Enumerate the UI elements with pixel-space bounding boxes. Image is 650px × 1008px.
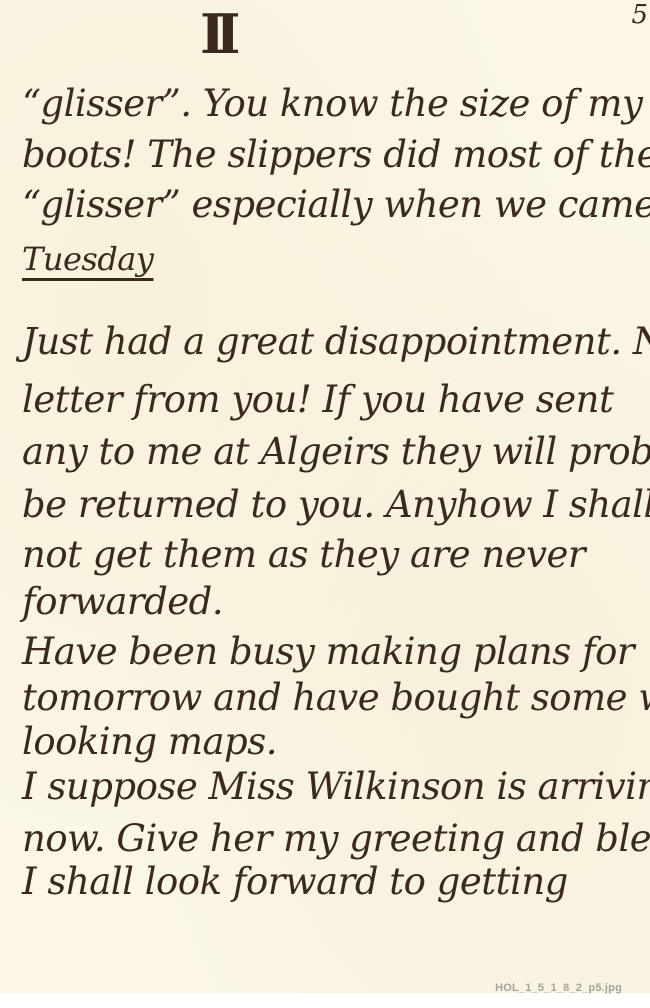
text-line: “glisser”. You know the size of my bbox=[22, 82, 642, 125]
section-mark: II bbox=[200, 4, 231, 64]
text-line: tomorrow and have bought some weird bbox=[22, 676, 650, 719]
text-line: any to me at Algeirs they will probably bbox=[22, 430, 650, 473]
text-line: “glisser” especially when we came to ste… bbox=[22, 183, 650, 226]
text-line: not get them as they are never bbox=[22, 533, 585, 576]
text-line: looking maps. bbox=[22, 720, 277, 763]
text-line: boots! The slippers did most of the bbox=[22, 133, 650, 176]
page-number: 5 bbox=[631, 0, 648, 30]
text-line: letter from you! If you have sent bbox=[22, 378, 613, 421]
image-footer-strip bbox=[0, 993, 650, 1008]
manuscript-page: 5 II “glisser”. You know the size of my … bbox=[0, 0, 650, 993]
text-line: Have been busy making plans for bbox=[22, 630, 634, 673]
image-filename-label: HOL_1_5_1_8_2_p5.jpg bbox=[495, 982, 622, 994]
text-line: I shall look forward to getting bbox=[22, 860, 568, 903]
text-line: now. Give her my greeting and blessing bbox=[22, 817, 650, 860]
day-heading: Tuesday bbox=[22, 240, 153, 278]
text-line: Just had a great disappointment. No bbox=[22, 320, 650, 363]
text-line: I suppose Miss Wilkinson is arriving bbox=[22, 765, 650, 808]
text-line: be returned to you. Anyhow I shall bbox=[22, 483, 650, 526]
text-line: forwarded. bbox=[22, 580, 223, 623]
